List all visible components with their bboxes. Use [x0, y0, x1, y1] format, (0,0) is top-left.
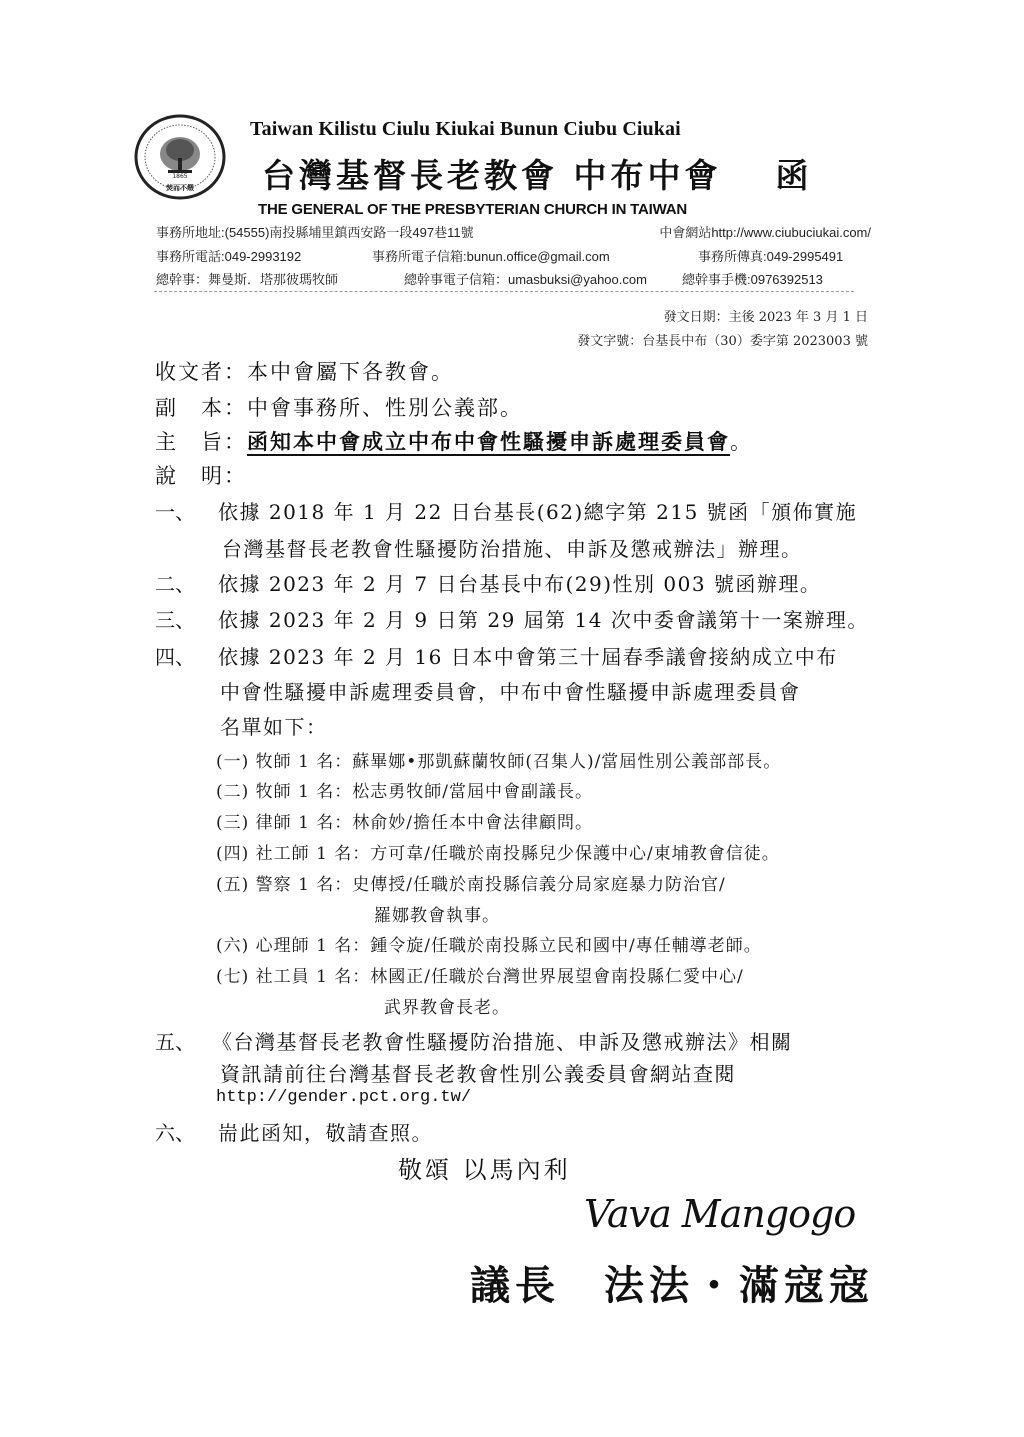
member-row: (五) 警察 1 名：史傳授/任職於南投縣信義分局家庭暴力防治官/	[216, 870, 726, 895]
svg-text:焚而不燬: 焚而不燬	[166, 183, 195, 192]
item-line: 耑此函知，敬請查照。	[218, 1117, 433, 1146]
explanation-label: 說 明：	[155, 460, 247, 490]
recipient-label: 收文者：	[155, 360, 247, 384]
item-line: 名單如下：	[220, 711, 328, 740]
item-number: 二、	[155, 568, 195, 597]
document-number: 發文字號：台基長中布（30）委字第 2023003 號	[577, 330, 868, 349]
member-row: (四) 社工師 1 名：方可韋/任職於南投縣兒少保護中心/東埔教會信徒。	[216, 839, 780, 864]
cc-label: 副 本：	[155, 396, 247, 420]
subject-row: 主 旨：函知本中會成立中布中會性騷擾申訴處理委員會。	[155, 426, 753, 456]
item-line: 資訊請前往台灣基督長老教會性別公義委員會網站查閱	[220, 1058, 736, 1087]
member-row: (二) 牧師 1 名：松志勇牧師/當屆中會副議長。	[216, 777, 593, 802]
church-seal-logo: 1865 焚而不燬	[134, 114, 226, 200]
moderator-name: 法法・滿寇寇	[604, 1262, 874, 1309]
member-row: (六) 心理師 1 名：鍾令旋/任職於南投縣立民和國中/專任輔導老師。	[216, 931, 762, 956]
item-number: 五、	[155, 1026, 195, 1055]
issue-date: 發文日期：主後 2023 年 3 月 1 日	[664, 306, 868, 325]
item-line: 依據 2023 年 2 月 16 日本中會第三十屆春季議會接納成立中布	[218, 641, 838, 670]
subject-value: 函知本中會成立中布中會性騷擾申訴處理委員會	[247, 429, 730, 454]
item-number: 三、	[155, 604, 195, 633]
office-address: 事務所地址:(54555)南投縣埔里鎮西安路一段497巷11號	[156, 222, 474, 241]
document-type: 函	[776, 156, 813, 195]
item-line: 依據 2018 年 1 月 22 日台基長(62)總字第 215 號函「頒佈實施	[218, 496, 857, 525]
recipient-row: 收文者：本中會屬下各教會。	[155, 356, 454, 386]
member-row: (三) 律師 1 名：林俞妙/擔任本中會法律顧問。	[216, 808, 593, 833]
recipient-value: 本中會屬下各教會。	[247, 360, 454, 384]
cc-value: 中會事務所、性別公義部。	[247, 396, 523, 420]
moderator-line: 議長法法・滿寇寇	[470, 1254, 874, 1311]
office-email: 事務所電子信箱:bunun.office@gmail.com	[372, 246, 610, 265]
item-line: 台灣基督長老教會性騷擾防治措施、申訴及懲戒辦法」辦理。	[222, 533, 803, 562]
subject-label: 主 旨：	[155, 430, 247, 454]
general-secretary-mobile: 總幹事手機:0976392513	[682, 269, 823, 288]
signature: Vava Mangogo	[584, 1192, 855, 1236]
chinese-title: 台灣基督長老教會 中布中會函	[262, 150, 813, 197]
member-row-continued: 武界教會長老。	[384, 993, 510, 1018]
item-line: 依據 2023 年 2 月 7 日台基長中布(29)性別 003 號函辦理。	[218, 568, 821, 597]
church-seal-burning-bush-icon: 1865 焚而不燬	[134, 114, 226, 200]
church-name: 台灣基督長老教會 中布中會	[262, 156, 722, 195]
member-row: (七) 社工員 1 名：林國正/任職於台灣世界展望會南投縣仁愛中心/	[216, 962, 744, 987]
website: 中會網站http://www.ciubuciukai.com/	[473, 222, 871, 241]
closing-salutation: 敬頌 以馬內利	[398, 1150, 571, 1185]
item-number: 一、	[155, 496, 195, 525]
office-phone: 事務所電話:049-2993192	[156, 246, 301, 265]
cc-row: 副 本：中會事務所、性別公義部。	[155, 392, 523, 422]
general-secretary-email: 總幹事電子信箱：umasbuksi@yahoo.com	[404, 269, 647, 288]
svg-text:1865: 1865	[172, 173, 187, 180]
gender-website-link[interactable]: http://gender.pct.org.tw/	[216, 1088, 471, 1107]
subject-end: 。	[730, 430, 753, 454]
general-secretary: 總幹事：舞曼斯．塔那彼瑪牧師	[156, 269, 338, 288]
office-fax: 事務所傳真:049-2995491	[698, 246, 843, 265]
latin-title: Taiwan Kilistu Ciulu Kiukai Bunun Ciubu …	[250, 118, 681, 141]
member-row-continued: 羅娜教會執事。	[374, 901, 500, 926]
member-row: (一) 牧師 1 名：蘇畢娜•那凱蘇蘭牧師(召集人)/當屆性別公義部部長。	[216, 747, 781, 772]
item-line: 《台灣基督長老教會性騷擾防治措施、申訴及懲戒辦法》相關	[212, 1026, 793, 1055]
header-divider	[154, 291, 854, 292]
english-title: THE GENERAL OF THE PRESBYTERIAN CHURCH I…	[258, 201, 687, 218]
moderator-title: 議長	[470, 1262, 560, 1309]
item-number: 四、	[155, 641, 195, 670]
item-line: 依據 2023 年 2 月 9 日第 29 屆第 14 次中委會議第十一案辦理。	[218, 604, 869, 633]
item-number: 六、	[155, 1117, 195, 1146]
item-line: 中會性騷擾申訴處理委員會，中布中會性騷擾申訴處理委員會	[220, 676, 801, 705]
